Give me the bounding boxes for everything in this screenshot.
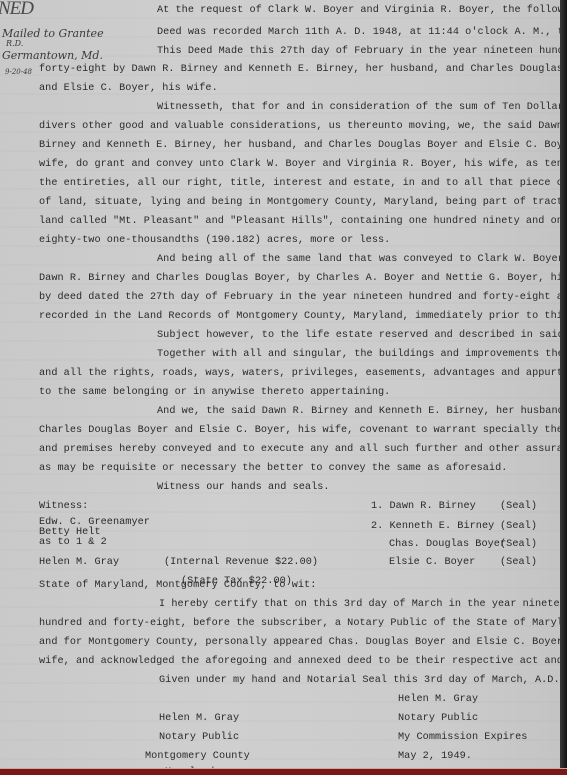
deed-line: and Elsie C. Boyer, his wife. [39, 83, 218, 95]
notary-seal-line: Notary Public [159, 732, 239, 744]
page-edge-shadow [560, 0, 567, 768]
margin-note-town: Germantown, Md. [2, 49, 103, 62]
deed-line: And being all of the same land that was … [157, 254, 560, 266]
deed-line: Deed was recorded March 11th A. D. 1948,… [157, 27, 560, 39]
deed-line: and premises hereby conveyed and to exec… [39, 444, 560, 456]
deed-line: Together with all and singular, the buil… [157, 349, 560, 361]
signer-name: 1. Dawn R. Birney [371, 501, 476, 513]
seal-mark: (Seal) [500, 521, 537, 533]
stamp-text: NED [0, 0, 33, 20]
deed-line: divers other good and valuable considera… [39, 121, 560, 133]
ack-line: and for Montgomery County, personally ap… [39, 637, 560, 649]
deed-line: by deed dated the 27th day of February i… [39, 292, 560, 304]
deed-line: forty-eight by Dawn R. Birney and Kennet… [39, 64, 560, 76]
deed-line: the entireties, all our right, title, in… [39, 178, 560, 190]
witness-notary: Helen M. Gray [39, 557, 119, 569]
seal-mark: (Seal) [500, 539, 537, 551]
deed-line: of land, situate, lying and being in Mon… [39, 197, 560, 209]
ack-line: wife, and acknowledged the aforegoing an… [39, 656, 560, 668]
deed-line: land called "Mt. Pleasant" and "Pleasant… [39, 216, 560, 228]
witness-note: as to 1 & 2 [39, 538, 107, 548]
seal-mark: (Seal) [500, 557, 537, 569]
bottom-border [0, 768, 567, 775]
signer-name: Chas. Douglas Boyer [389, 539, 506, 551]
seal-mark: (Seal) [500, 501, 537, 513]
margin-note-date: 9-20-48 [5, 68, 32, 76]
deed-line: Dawn R. Birney and Charles Douglas Boyer… [39, 273, 560, 285]
deed-line: At the request of Clark W. Boyer and Vir… [157, 5, 560, 17]
deed-line: recorded in the Land Records of Montgome… [39, 311, 560, 323]
notary-seal-line: Helen M. Gray [159, 713, 239, 725]
notary-signature-line: May 2, 1949. [398, 751, 472, 763]
signer-name: Elsie C. Boyer [389, 557, 475, 569]
margin-note-rd: R.D. [6, 39, 23, 48]
deed-line: Charles Douglas Boyer and Elsie C. Boyer… [39, 425, 560, 437]
deed-line: Witness our hands and seals. [157, 482, 330, 494]
deed-line: Birney and Kenneth E. Birney, her husban… [39, 140, 560, 152]
notary-signature-line: Helen M. Gray [398, 694, 478, 706]
internal-revenue: (Internal Revenue $22.00) [164, 557, 318, 569]
deed-line: to the same belonging or in anywise ther… [39, 387, 390, 399]
notary-signature-line: My Commission Expires [398, 732, 527, 744]
deed-line: as may be requisite or necessary the bet… [39, 463, 507, 475]
deed-line: Witnesseth, that for and in consideratio… [157, 102, 560, 114]
deed-line: and all the rights, roads, ways, waters,… [39, 368, 560, 380]
deed-page: NED Mailed to Grantee R.D. Germantown, M… [0, 0, 560, 768]
ack-line: I hereby certify that on this 3rd day of… [159, 599, 560, 611]
witness-label: Witness: [39, 501, 88, 513]
deed-line: eighty-two one-thousandths (190.182) acr… [39, 235, 390, 247]
deed-line: Subject however, to the life estate rese… [157, 330, 560, 342]
ack-line: Given under my hand and Notarial Seal th… [159, 675, 560, 687]
signer-name: 2. Kenneth E. Birney [371, 521, 494, 533]
deed-line: This Deed Made this 27th day of February… [157, 46, 560, 58]
ack-line: hundred and forty-eight, before the subs… [39, 618, 560, 630]
notary-signature-line: Notary Public [398, 713, 478, 725]
notary-seal-line: Montgomery County [145, 751, 250, 763]
deed-line: wife, do grant and convey unto Clark W. … [39, 159, 560, 171]
deed-line: And we, the said Dawn R. Birney and Kenn… [157, 406, 560, 418]
ack-line: State of Maryland, Montgomery County, to… [39, 580, 316, 592]
